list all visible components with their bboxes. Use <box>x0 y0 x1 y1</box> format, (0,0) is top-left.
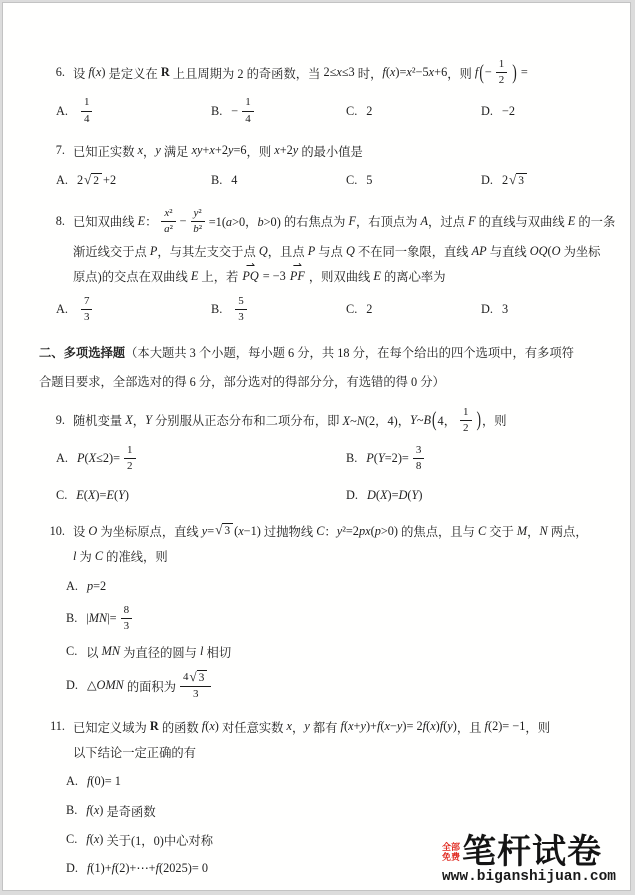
text-run: 上且周期为 2 的奇函数，当 <box>170 64 324 82</box>
math-run: y= <box>202 524 214 539</box>
text-run: 上，若 <box>198 267 238 285</box>
math-run: |MN|= <box>86 611 116 626</box>
question-9: 9.随机变量 X，Y 分别服从正态分布和二项分布，即 X~N(2，4)，Y~B(… <box>39 405 604 508</box>
option-label: D. <box>481 302 493 317</box>
fraction-numerator: 5 <box>235 295 247 310</box>
option-D: D.3 <box>481 294 604 325</box>
fraction-denominator: 3 <box>124 619 130 633</box>
sqrt-radical: √3 <box>215 523 233 539</box>
fraction-denominator: 8 <box>416 459 422 473</box>
option-A: A.2√2+2 <box>56 169 211 193</box>
stem-line: 11.已知定义域为 R 的函数 f(x) 对任意实数 x，y 都有 f(x+y)… <box>39 716 604 738</box>
text-run: 以 <box>86 643 101 661</box>
fraction: 83 <box>121 604 133 633</box>
math-run: 3 <box>193 688 199 701</box>
math-run: E <box>138 214 146 229</box>
fraction-numerator: 1 <box>242 96 254 111</box>
fraction: 4√33 <box>180 670 211 702</box>
fraction-denominator: 2 <box>499 73 505 87</box>
text-run: 已知双曲线 <box>73 212 138 230</box>
option-label: C. <box>346 173 357 188</box>
fraction-denominator: 3 <box>84 310 90 324</box>
text-run: 原点)的交点在双曲线 <box>73 267 191 285</box>
math-run: P(Y=2)= <box>366 451 409 466</box>
text-run: 与点 <box>315 242 346 260</box>
sqrt-radical: √3 <box>190 670 208 686</box>
question-6: 6.设 f(x) 是定义在 R 上且周期为 2 的奇函数，当 2≤x≤3 时，f… <box>39 57 604 127</box>
text-run: 设 <box>73 522 88 540</box>
math-run: X <box>125 413 133 428</box>
option-A: A.p=2 <box>66 574 604 598</box>
math-run: 4 <box>231 173 237 188</box>
text-run: ， <box>143 142 155 160</box>
math-run: f(x) <box>202 719 219 734</box>
question-7: 7.已知正实数 x，y 满足 xy+x+2y=6，则 x+2y 的最小值是A.2… <box>39 140 604 193</box>
math-run: 8 <box>416 460 422 473</box>
math-run: 4 <box>183 671 189 684</box>
math-run: O <box>88 524 97 539</box>
text-run: 的面积为 <box>124 677 176 695</box>
section-heading-line: 合题目要求，全部选对的得 6 分，部分选对的得部分分，有选错的得 0 分） <box>39 368 604 394</box>
math-run: − <box>180 214 187 229</box>
math-run: P <box>308 244 316 259</box>
text-run: 设 <box>73 64 88 82</box>
option-C: C.5 <box>346 169 481 193</box>
fraction: 12 <box>460 406 472 435</box>
text-run: ，则 <box>247 142 275 160</box>
stem-line: 6.设 f(x) 是定义在 R 上且周期为 2 的奇函数，当 2≤x≤3 时，f… <box>39 57 604 88</box>
watermark: 全部免费 笔杆试卷 www.biganshijuan.com <box>442 835 616 885</box>
radicand: 3 <box>222 523 233 539</box>
fraction: 53 <box>235 295 247 324</box>
text-run: 的焦点，且与 <box>398 522 478 540</box>
math-run: 1 <box>463 406 469 419</box>
math-run: f(x+y)+f(x−y)= 2f(x)f(y) <box>341 719 457 734</box>
text-run: ， <box>292 718 304 736</box>
math-run: OQ <box>530 244 548 259</box>
math-run: 2 <box>366 104 372 119</box>
math-run: 3 <box>124 620 130 633</box>
math-run: 2 <box>502 173 508 188</box>
fraction-numerator: 1 <box>460 406 472 421</box>
text-run: 的直线与双曲线 <box>476 212 568 230</box>
fraction-denominator: 3 <box>238 310 244 324</box>
stem-line: 8.已知双曲线 E：x²a²−y²b²=1(a>0，b>0) 的右焦点为 F，右… <box>39 206 604 237</box>
text-run: ， <box>398 411 410 429</box>
stem-line: 7.已知正实数 x，y 满足 xy+x+2y=6，则 x+2y 的最小值是 <box>39 140 604 162</box>
option-B: B.4 <box>211 169 346 193</box>
text-run: 满足 <box>161 142 192 160</box>
math-run: AP <box>472 244 487 259</box>
fraction-denominator: 3 <box>193 687 199 701</box>
math-run: 3 <box>199 672 205 684</box>
fraction-numerator: 7 <box>81 295 93 310</box>
math-run: F <box>348 214 356 229</box>
text-run: ： <box>324 522 336 540</box>
option-label: D. <box>481 173 493 188</box>
math-run: 5 <box>238 295 244 308</box>
big-paren: ) <box>477 408 482 433</box>
math-run: 8 <box>124 604 130 617</box>
math-run: C <box>478 524 486 539</box>
text-run: 不在同一象限，直线 <box>355 242 472 260</box>
math-run: D(X)=D(Y) <box>367 488 423 503</box>
math-run: Y <box>145 413 152 428</box>
vector-name: PQ <box>242 269 258 283</box>
text-run: △ <box>87 678 96 693</box>
math-run: N <box>539 524 547 539</box>
option-B: B.P(Y=2)=38 <box>346 443 604 474</box>
text-run: ，右顶点为 <box>356 212 421 230</box>
text-run: ： <box>145 212 157 230</box>
text-run: （本大题共 3 个小题，每小题 6 分，共 18 分，在每个给出的四个选项中，有… <box>125 343 574 361</box>
math-run: = <box>518 65 528 80</box>
watermark-brand: 笔杆试卷 <box>462 835 602 869</box>
text-run: 的右焦点为 <box>281 212 349 230</box>
option-C: C.以 MN 为直径的圆与 l 相切 <box>66 640 604 664</box>
text-run: ，过点 <box>428 212 468 230</box>
text-run: 已知定义域为 <box>73 718 150 736</box>
options: A.73B.53C.2D.3 <box>56 294 604 325</box>
text-run: ，且点 <box>268 242 308 260</box>
question-10: 10.设 O 为坐标原点，直线 y=√3(x−1) 过抛物线 C：y²=2px(… <box>39 520 604 702</box>
math-run: f(x) <box>86 832 103 847</box>
math-run: 3 <box>238 311 244 324</box>
option-D: D.2√3 <box>481 169 604 193</box>
text-run: 为直径的圆与 <box>120 643 200 661</box>
option-label: D. <box>481 104 493 119</box>
math-run: p=2 <box>87 579 106 594</box>
option-A: A.73 <box>56 294 211 325</box>
option-label: A. <box>56 173 68 188</box>
math-run: 3 <box>224 525 230 537</box>
option-label: C. <box>56 488 67 503</box>
math-run: 5 <box>366 173 372 188</box>
text-run: 渐近线交于点 <box>73 242 150 260</box>
option-B: B.f(x) 是奇函数 <box>66 799 604 823</box>
text-run: ，则 <box>525 718 550 736</box>
math-run: 2≤x≤3 <box>323 65 354 80</box>
fraction-denominator: 2 <box>127 459 133 473</box>
text-run: 随机变量 <box>73 411 125 429</box>
text-run: ，则双曲线 <box>309 267 374 285</box>
fraction-numerator: 4√3 <box>180 670 211 688</box>
fraction-numerator: 1 <box>496 58 508 73</box>
text-run: 分别服从正态分布和二项分布，即 <box>152 411 343 429</box>
question-8: 8.已知双曲线 E：x²a²−y²b²=1(a>0，b>0) 的右焦点为 F，右… <box>39 206 604 326</box>
fraction: x²a² <box>161 207 175 236</box>
text-run: 都有 <box>310 718 341 736</box>
option-label: D. <box>66 861 78 876</box>
radical-sign-icon: √ <box>509 173 516 187</box>
math-run: 4 <box>84 113 90 126</box>
math-run: 2 <box>463 422 469 435</box>
text-run: 关于(1，0)中心对称 <box>103 831 213 849</box>
math-run: 1 <box>84 96 90 109</box>
math-run: 4 <box>245 113 251 126</box>
math-run: F <box>468 214 476 229</box>
math-run: b² <box>193 223 202 236</box>
math-run: OMN <box>96 678 123 693</box>
fraction-numerator: 3 <box>413 444 425 459</box>
exam-page: 6.设 f(x) 是定义在 R 上且周期为 2 的奇函数，当 2≤x≤3 时，f… <box>2 2 631 891</box>
math-run: y²=2px(p>0) <box>337 524 398 539</box>
vector-overarrow: PF <box>290 269 305 284</box>
radical-sign-icon: √ <box>190 670 197 684</box>
question-number: 11. <box>39 719 65 734</box>
text-run: ，则 <box>482 411 507 429</box>
text-run: 的准线，则 <box>103 547 168 565</box>
stem-line: 原点)的交点在双曲线 E 上，若PQ= −3PF，则双曲线 E 的离心率为 <box>39 265 604 287</box>
text-run: 为坐标 <box>561 242 601 260</box>
math-run: y² <box>194 207 202 220</box>
math-run: = −3 <box>263 269 286 284</box>
vector-name: PF <box>290 269 305 283</box>
option-label: B. <box>66 611 77 626</box>
stem-line: 9.随机变量 X，Y 分别服从正态分布和二项分布，即 X~N(2，4)，Y~B(… <box>39 405 604 436</box>
math-run: 3 <box>84 311 90 324</box>
option-B: B.−14 <box>211 95 346 126</box>
text-run: 的函数 <box>159 718 202 736</box>
math-run: M <box>517 524 527 539</box>
math-run: f(x) <box>88 65 105 80</box>
option-C: C.2 <box>346 95 481 126</box>
math-run: E(X)=E(Y) <box>76 488 129 503</box>
text-run: 合题目要求，全部选对的得 6 分，部分选对的得部分分，有选错的得 0 分） <box>39 372 445 390</box>
option-label: B. <box>211 302 222 317</box>
big-paren: ( <box>432 408 437 433</box>
options: A.P(X≤2)=12B.P(Y=2)=38C.E(X)=E(Y)D.D(X)=… <box>56 443 604 507</box>
option-label: C. <box>66 832 77 847</box>
question-number: 6. <box>39 65 65 80</box>
watermark-top: 全部免费 笔杆试卷 <box>442 835 616 869</box>
option-C: C.2 <box>346 294 481 325</box>
option-label: B. <box>211 173 222 188</box>
math-run: E <box>568 214 576 229</box>
text-run: 为 <box>76 547 94 565</box>
radical-sign-icon: √ <box>215 523 222 537</box>
text-run: ，与其左支交于点 <box>157 242 258 260</box>
text-run: 以下结论一定正确的有 <box>73 743 196 761</box>
text-run: 交于 <box>486 522 517 540</box>
option-D: D.△OMN 的面积为4√33 <box>66 669 604 703</box>
text-run: ， <box>527 522 539 540</box>
text-run: 已知正实数 <box>73 142 138 160</box>
bold-text: R <box>150 719 159 734</box>
option-A: A.f(0)= 1 <box>66 770 604 794</box>
fraction-numerator: y² <box>191 207 205 222</box>
question-number: 9. <box>39 413 65 428</box>
math-run: 3 <box>502 302 508 317</box>
option-label: C. <box>346 104 357 119</box>
math-run: x² <box>164 207 172 220</box>
text-run: 与直线 <box>487 242 530 260</box>
math-run: (x−1) <box>234 524 261 539</box>
option-label: B. <box>66 803 77 818</box>
text-run: 过抛物线 <box>261 522 316 540</box>
option-label: B. <box>346 451 357 466</box>
radicand: 3 <box>516 173 527 189</box>
math-run: 1 <box>245 96 251 109</box>
text-run: 的一条 <box>575 212 615 230</box>
radicand: 3 <box>197 670 208 686</box>
option-B: B.53 <box>211 294 346 325</box>
text-run: 时， <box>355 64 383 82</box>
bold-text: 二、多项选择题 <box>39 343 125 361</box>
option-D: D.−2 <box>481 95 604 126</box>
text-run: 是奇函数 <box>103 802 155 820</box>
math-run: f(1)+f(2)+⋯+f(2025)= 0 <box>87 861 208 876</box>
math-run: 2 <box>93 175 99 187</box>
stem-line: l 为 C 的准线，则 <box>39 545 604 567</box>
option-A: A.14 <box>56 95 211 126</box>
math-run: x+2y <box>274 143 298 158</box>
math-run: a² <box>164 223 173 236</box>
fraction-denominator: a² <box>164 222 173 236</box>
fraction-numerator: 1 <box>81 96 93 111</box>
text-run: 对任意实数 <box>219 718 287 736</box>
fraction-denominator: 4 <box>84 112 90 126</box>
stem-line: 渐近线交于点 P，与其左支交于点 Q，且点 P 与点 Q 不在同一象限，直线 A… <box>39 240 604 262</box>
sqrt-radical: √3 <box>509 173 527 189</box>
math-run: 2 <box>127 460 133 473</box>
math-run: E <box>373 269 381 284</box>
math-run: C <box>316 524 324 539</box>
option-B: B.|MN|=83 <box>66 603 604 634</box>
fraction: 38 <box>413 444 425 473</box>
option-label: A. <box>66 579 78 594</box>
math-run: +2 <box>103 173 116 188</box>
math-run: −2 <box>502 104 515 119</box>
option-D: D.D(X)=D(Y) <box>346 483 604 507</box>
question-number: 8. <box>39 214 65 229</box>
option-label: B. <box>211 104 222 119</box>
fraction: 14 <box>242 96 254 125</box>
math-run: f(2)= −1 <box>485 719 526 734</box>
question-number: 7. <box>39 143 65 158</box>
option-label: A. <box>56 104 68 119</box>
exam-body: 6.设 f(x) 是定义在 R 上且周期为 2 的奇函数，当 2≤x≤3 时，f… <box>3 3 630 881</box>
math-run: 3 <box>416 444 422 457</box>
section-heading-line: 二、多项选择题（本大题共 3 个小题，每小题 6 分，共 18 分，在每个给出的… <box>39 339 604 365</box>
fraction: 14 <box>81 96 93 125</box>
math-run: 4， <box>438 411 456 429</box>
watermark-free-badge: 全部免费 <box>442 843 464 862</box>
fraction-numerator: 8 <box>121 604 133 619</box>
math-run: − <box>485 65 492 80</box>
sqrt-radical: √2 <box>84 173 102 189</box>
vector-overarrow: PQ <box>242 269 258 284</box>
math-run: 2 <box>499 74 505 87</box>
fraction: 12 <box>496 58 508 87</box>
fraction-numerator: x² <box>161 207 175 222</box>
stem-line: 以下结论一定正确的有 <box>39 741 604 763</box>
math-run: 1 <box>127 444 133 457</box>
section-heading: 二、多项选择题（本大题共 3 个小题，每小题 6 分，共 18 分，在每个给出的… <box>39 339 604 394</box>
math-run: 1 <box>499 58 505 71</box>
math-run: 3 <box>518 175 524 187</box>
question-number: 10. <box>39 524 65 539</box>
options: A.2√2+2B.4C.5D.2√3 <box>56 169 604 193</box>
math-run: Q <box>346 244 355 259</box>
math-run: MN <box>102 644 120 659</box>
math-run: 2 <box>77 173 83 188</box>
math-run: xy+x+2y=6 <box>192 143 247 158</box>
big-paren: ( <box>479 60 484 85</box>
math-run: 7 <box>84 295 90 308</box>
text-run: 相切 <box>203 643 231 661</box>
big-paren: ) <box>512 60 517 85</box>
fraction-denominator: b² <box>193 222 202 236</box>
option-label: C. <box>346 302 357 317</box>
option-A: A.P(X≤2)=12 <box>56 443 346 474</box>
math-run: P <box>150 244 158 259</box>
text-run: 是定义在 <box>105 64 160 82</box>
text-run: 的离心率为 <box>381 267 446 285</box>
text-run: 两点， <box>548 522 588 540</box>
fraction-numerator: 1 <box>124 444 136 459</box>
text-run: ，则 <box>447 64 475 82</box>
math-run: f(0)= 1 <box>87 774 121 789</box>
option-label: A. <box>56 302 68 317</box>
options: A.14B.−14C.2D.−2 <box>56 95 604 126</box>
radicand: 2 <box>91 173 102 189</box>
text-run: 的最小值是 <box>298 142 363 160</box>
fraction: y²b² <box>191 207 205 236</box>
math-run: X~N(2，4) <box>343 411 398 429</box>
text-run: ，且 <box>457 718 485 736</box>
option-label: D. <box>346 488 358 503</box>
option-label: D. <box>66 678 78 693</box>
math-run: P(X≤2)= <box>77 451 120 466</box>
text-run: 为坐标原点，直线 <box>97 522 202 540</box>
radical-sign-icon: √ <box>84 173 91 187</box>
option-label: A. <box>56 451 68 466</box>
fraction: 73 <box>81 295 93 324</box>
math-run: Y~B <box>410 413 431 428</box>
option-C: C.E(X)=E(Y) <box>56 483 346 507</box>
watermark-url: www.biganshijuan.com <box>442 869 616 885</box>
math-run: 2 <box>366 302 372 317</box>
math-run: A <box>421 214 429 229</box>
math-run: − <box>231 104 238 119</box>
stem-line: 10.设 O 为坐标原点，直线 y=√3(x−1) 过抛物线 C：y²=2px(… <box>39 520 604 542</box>
math-run: f(x)=x²−5x+6 <box>382 65 447 80</box>
text-run: ， <box>133 411 145 429</box>
bold-text: R <box>161 65 170 80</box>
math-run: E <box>191 269 199 284</box>
option-label: A. <box>66 774 78 789</box>
math-run: O <box>552 244 561 259</box>
options: A.p=2B.|MN|=83C.以 MN 为直径的圆与 l 相切D.△OMN 的… <box>66 574 604 702</box>
fraction-denominator: 2 <box>463 421 469 435</box>
math-run: =1(a>0，b>0) <box>209 212 281 230</box>
fraction: 12 <box>124 444 136 473</box>
option-label: C. <box>66 644 77 659</box>
math-run: Q <box>259 244 268 259</box>
math-run: f(x) <box>86 803 103 818</box>
math-run: C <box>95 549 103 564</box>
fraction-denominator: 4 <box>245 112 251 126</box>
math-run: f <box>475 65 478 80</box>
